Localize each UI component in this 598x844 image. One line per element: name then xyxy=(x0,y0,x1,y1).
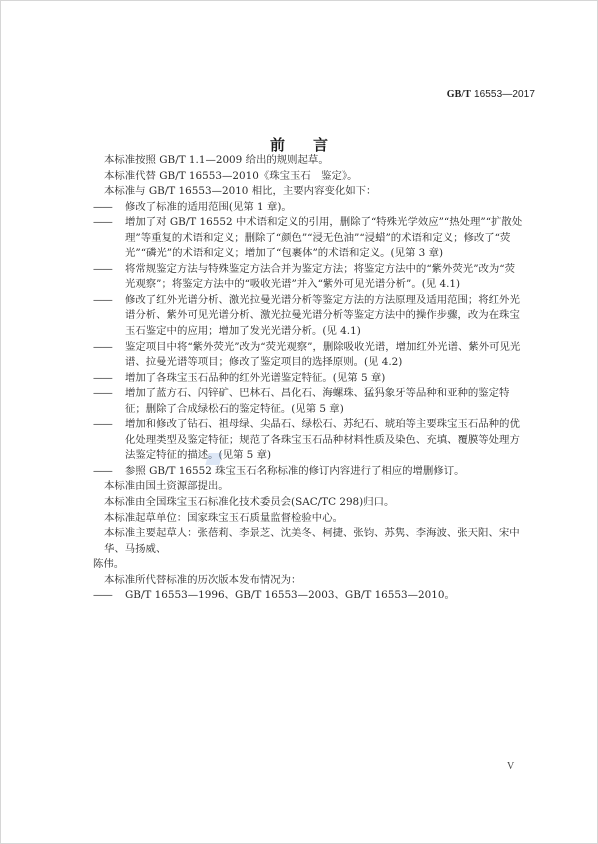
change-item: ——修改了标准的适用范围(见第 1 章)。 xyxy=(93,200,523,216)
document-page: GB/T 16553—2017 前言 本标准按照 GB/T 1.1—2009 给… xyxy=(0,0,598,844)
dash-bullet: —— xyxy=(93,417,125,433)
dash-bullet: —— xyxy=(93,386,125,402)
intro-drafting-rules: 本标准按照 GB/T 1.1—2009 给出的规则起草。 xyxy=(93,153,523,169)
drafters-continuation: 陈伟。 xyxy=(93,557,523,573)
change-item: ——增加和修改了钻石、祖母绿、尖晶石、绿松石、苏纪石、琥珀等主要珠宝玉石品种的优… xyxy=(93,417,523,464)
dash-bullet: —— xyxy=(93,588,125,604)
centralized-statement: 本标准由全国珠宝玉石标准化技术委员会(SAC/TC 298)归口。 xyxy=(93,495,523,511)
history-item: ——GB/T 16553—1996、GB/T 16553—2003、GB/T 1… xyxy=(93,588,523,604)
history-heading: 本标准所代替标准的历次版本发布情况为： xyxy=(93,573,523,589)
change-item: ——鉴定项目中将“紫外荧光”改为“荧光观察”，删除吸收光谱，增加红外光谱、紫外可… xyxy=(93,340,523,371)
intro-replaces: 本标准代替 GB/T 16553—2010《珠宝玉石 鉴定》。 xyxy=(93,169,523,185)
change-text: 参照 GB/T 16552 珠宝玉石名称标准的修订内容进行了相应的增删修订。 xyxy=(125,465,464,477)
change-item: ——增加了对 GB/T 16552 中术语和定义的引用，删除了“特殊光学效应”“… xyxy=(93,215,523,262)
dash-bullet: —— xyxy=(93,293,125,309)
standard-prefix: GB/T xyxy=(447,89,471,100)
page-number: V xyxy=(507,761,514,772)
history-text: GB/T 16553—1996、GB/T 16553—2003、GB/T 165… xyxy=(125,589,455,601)
change-text: 修改了红外光谱分析、激光拉曼光谱分析等鉴定方法的方法原理及适用范围；将红外光谱分… xyxy=(125,294,520,337)
intro-changes-heading: 本标准与 GB/T 16553—2010 相比，主要内容变化如下： xyxy=(93,184,523,200)
change-text: 增加了对 GB/T 16552 中术语和定义的引用，删除了“特殊光学效应”“热处… xyxy=(125,216,522,259)
standard-number: 16553—2017 xyxy=(474,89,535,100)
change-item: ——修改了红外光谱分析、激光拉曼光谱分析等鉴定方法的方法原理及适用范围；将红外光… xyxy=(93,293,523,340)
change-item: ——增加了各珠宝玉石品种的红外光谱鉴定特征。(见第 5 章) xyxy=(93,371,523,387)
dash-bullet: —— xyxy=(93,215,125,231)
change-text: 将常规鉴定方法与特殊鉴定方法合并为鉴定方法；将鉴定方法中的“紫外荧光”改为“荧光… xyxy=(125,263,515,291)
dash-bullet: —— xyxy=(93,371,125,387)
standard-code: GB/T 16553—2017 xyxy=(447,89,535,100)
change-text: 修改了标准的适用范围(见第 1 章)。 xyxy=(125,201,292,213)
proposer-statement: 本标准由国土资源部提出。 xyxy=(93,479,523,495)
change-text: 增加了各珠宝玉石品种的红外光谱鉴定特征。(见第 5 章) xyxy=(125,372,385,384)
change-text: 增加和修改了钻石、祖母绿、尖晶石、绿松石、苏纪石、琥珀等主要珠宝玉石品种的优化处… xyxy=(125,418,520,461)
page-title: 前言 xyxy=(1,134,597,155)
dash-bullet: —— xyxy=(93,464,125,480)
change-item: ——将常规鉴定方法与特殊鉴定方法合并为鉴定方法；将鉴定方法中的“紫外荧光”改为“… xyxy=(93,262,523,293)
dash-bullet: —— xyxy=(93,262,125,278)
change-item: ——增加了蓝方石、闪锌矿、巴林石、昌化石、海螺珠、猛犸象牙等品种和亚种的鉴定特征… xyxy=(93,386,523,417)
drafting-unit-statement: 本标准起草单位：国家珠宝玉石质量监督检验中心。 xyxy=(93,511,523,527)
foreword-body: 本标准按照 GB/T 1.1—2009 给出的规则起草。 本标准代替 GB/T … xyxy=(93,153,523,604)
change-text: 鉴定项目中将“紫外荧光”改为“荧光观察”，删除吸收光谱，增加红外光谱、紫外可见光… xyxy=(125,341,520,369)
change-item: ——参照 GB/T 16552 珠宝玉石名称标准的修订内容进行了相应的增删修订。 xyxy=(93,464,523,480)
dash-bullet: —— xyxy=(93,200,125,216)
change-text: 增加了蓝方石、闪锌矿、巴林石、昌化石、海螺珠、猛犸象牙等品种和亚种的鉴定特征；删… xyxy=(125,387,509,415)
drafters-statement: 本标准主要起草人：张蓓莉、李景芝、沈美冬、柯捷、张钧、苏隽、李海波、张天阳、宋中… xyxy=(93,526,523,557)
dash-bullet: —— xyxy=(93,340,125,356)
